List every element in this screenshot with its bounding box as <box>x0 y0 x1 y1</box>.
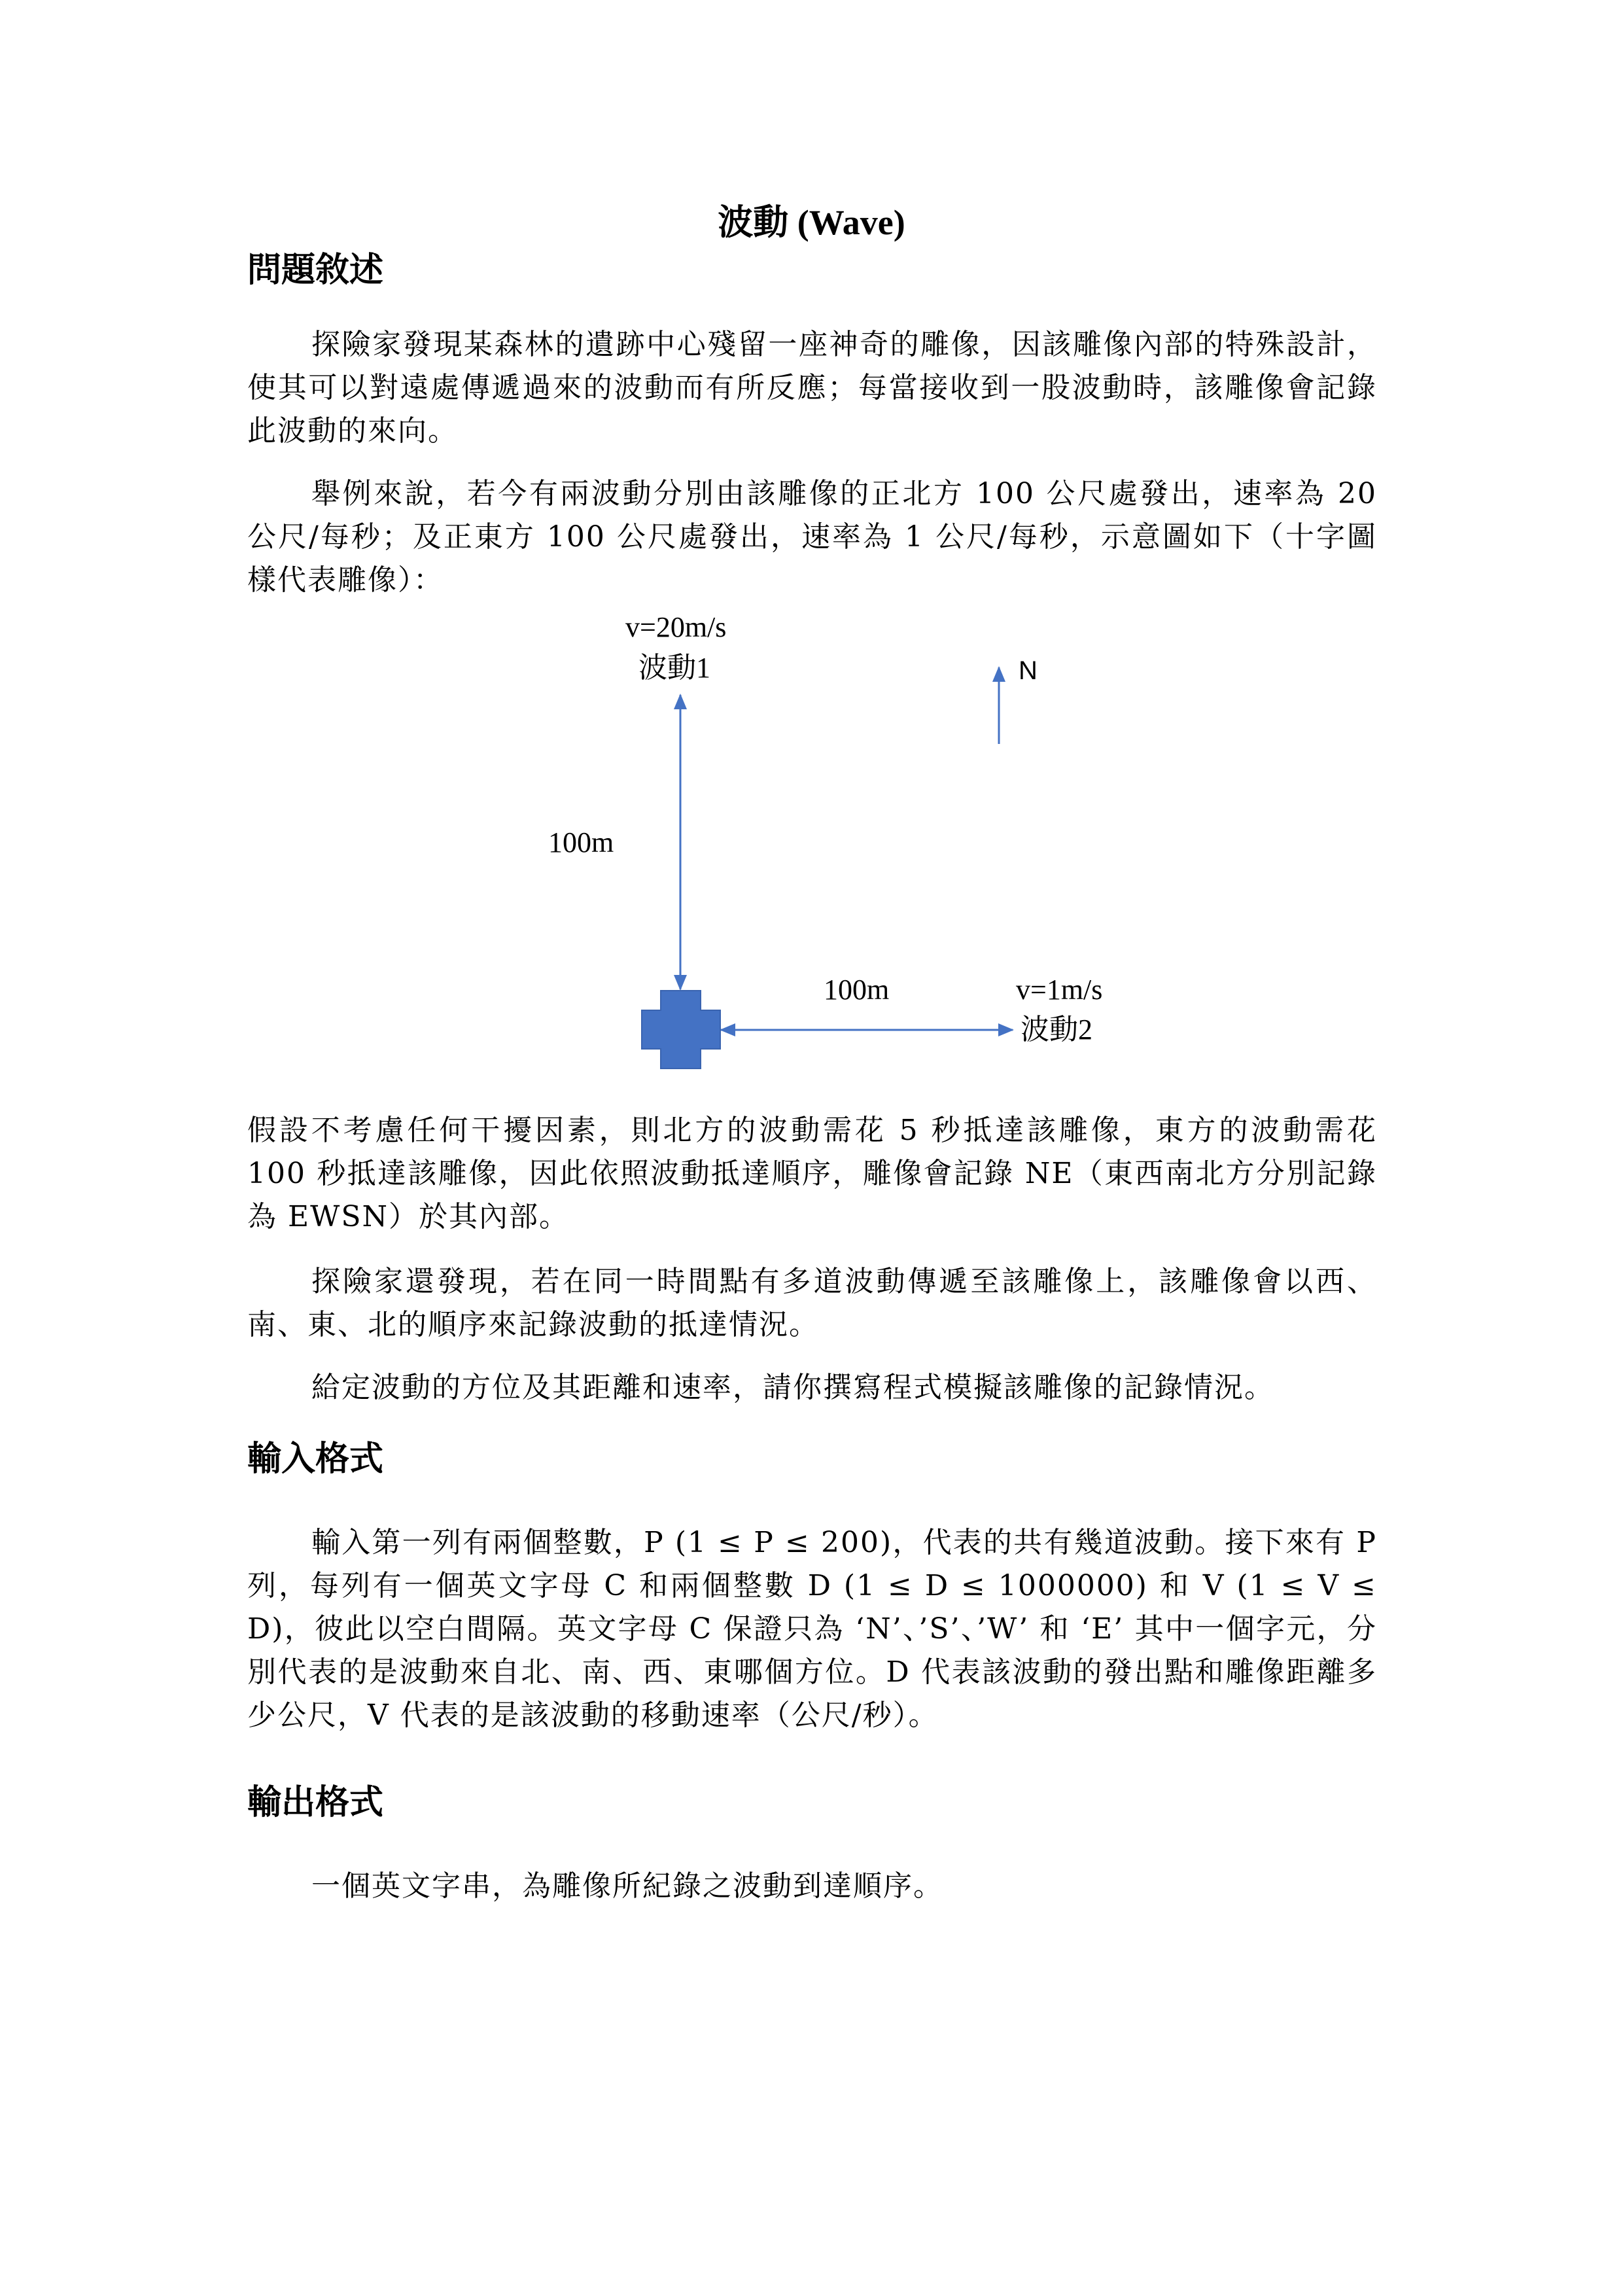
section-heading-input: 輸入格式 <box>247 1436 383 1482</box>
wave1-distance-label: 100m <box>548 826 614 860</box>
north-label: N <box>1019 654 1038 688</box>
section-heading-output: 輸出格式 <box>247 1780 383 1826</box>
description-paragraph-4: 探險家還發現，若在同一時間點有多道波動傳遞至該雕像上，該雕像會以西、南、東、北的… <box>247 1260 1377 1347</box>
description-paragraph-1: 探險家發現某森林的遺跡中心殘留一座神奇的雕像，因該雕像內部的特殊設計，使其可以對… <box>247 323 1377 453</box>
wave1-name-label: 波動1 <box>638 651 710 685</box>
wave2-speed-label: v=1m/s <box>1016 973 1102 1007</box>
description-paragraph-5: 給定波動的方位及其距離和速率，請你撰寫程式模擬該雕像的記錄情況。 <box>247 1366 1377 1409</box>
page-title: 波動 (Wave) <box>0 200 1623 245</box>
wave2-distance-label: 100m <box>824 973 889 1007</box>
section-heading-description: 問題敘述 <box>247 247 383 293</box>
document-page: 波動 (Wave) 問題敘述 探險家發現某森林的遺跡中心殘留一座神奇的雕像，因該… <box>0 0 1623 2296</box>
output-format-paragraph: 一個英文字串，為雕像所紀錄之波動到達順序。 <box>247 1865 1377 1908</box>
cross-statue-icon <box>642 991 720 1069</box>
description-paragraph-3: 假設不考慮任何干擾因素，則北方的波動需花 5 秒抵達該雕像，東方的波動需花 10… <box>247 1109 1377 1239</box>
input-format-paragraph: 輸入第一列有兩個整數，P (1 ≤ P ≤ 200)，代表的共有幾道波動。接下來… <box>247 1521 1377 1737</box>
description-paragraph-2: 舉例來說，若今有兩波動分別由該雕像的正北方 100 公尺處發出，速率為 20 公… <box>247 472 1377 602</box>
wave2-name-label: 波動2 <box>1021 1013 1092 1047</box>
wave1-speed-label: v=20m/s <box>625 610 726 645</box>
